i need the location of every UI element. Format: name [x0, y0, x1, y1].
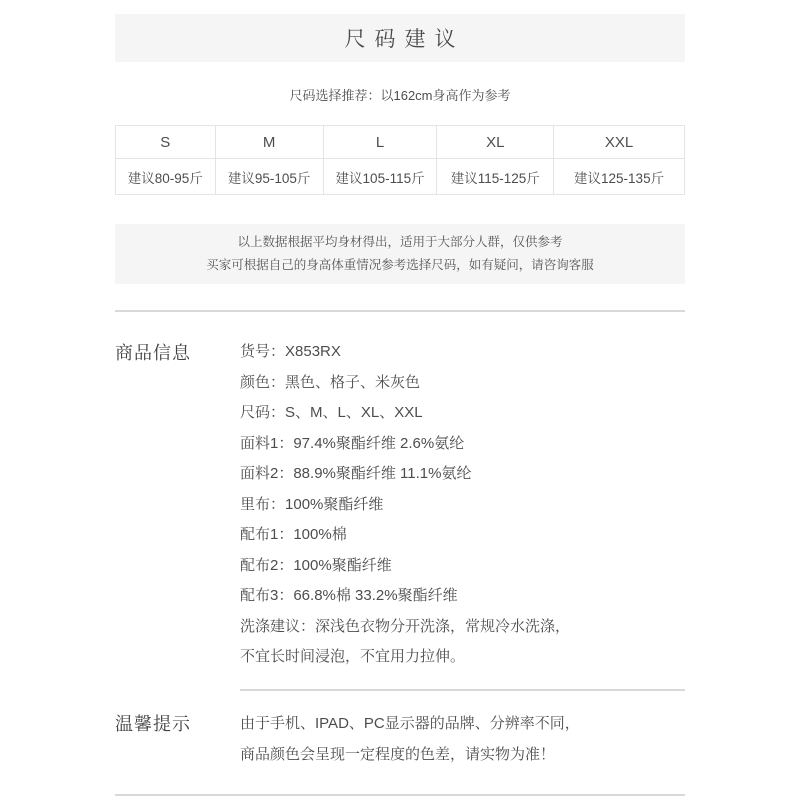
- info-row-label: 里布：: [240, 496, 285, 513]
- tips-section: 温馨提示 由于手机、IPAD、PC显示器的品牌、分辨率不同， 商品颜色会呈现一定…: [115, 708, 685, 770]
- size-column-header: S: [116, 126, 216, 159]
- size-column-header: M: [215, 126, 323, 159]
- info-row-value: 黑色、格子、米灰色: [285, 374, 420, 391]
- product-info-details: 货号：X853RX 颜色：黑色、格子、米灰色 尺码：S、M、L、XL、XXL 面…: [240, 337, 685, 673]
- product-info-section: 商品信息 货号：X853RX 颜色：黑色、格子、米灰色 尺码：S、M、L、XL、…: [115, 337, 685, 673]
- info-row-label: 颜色：: [240, 374, 285, 391]
- product-info-heading: 商品信息: [115, 337, 240, 365]
- info-row-label: 配布1：: [240, 526, 293, 543]
- section-divider: [115, 794, 685, 796]
- info-row-label: 货号：: [240, 343, 285, 360]
- product-info-row: 颜色：黑色、格子、米灰色: [240, 368, 685, 399]
- info-row-label: 尺码：: [240, 404, 285, 421]
- tips-line: 商品颜色会呈现一定程度的色差，请实物为准！: [240, 739, 685, 770]
- size-recommendation-cell: 建议95-105斤: [215, 159, 323, 195]
- product-info-row: 面料1：97.4%聚酯纤维 2.6%氨纶: [240, 429, 685, 460]
- info-row-value: S、M、L、XL、XXL: [285, 404, 423, 421]
- size-notice-line: 以上数据根据平均身材得出，适用于大部分人群，仅供参考: [237, 231, 562, 254]
- info-row-value: 88.9%聚酯纤维 11.1%氨纶: [293, 465, 471, 482]
- info-row-value: 100%棉: [293, 526, 346, 543]
- tips-line: 由于手机、IPAD、PC显示器的品牌、分辨率不同，: [240, 708, 685, 739]
- product-info-row: 货号：X853RX: [240, 337, 685, 368]
- size-recommendation-cell: 建议80-95斤: [116, 159, 216, 195]
- info-row-label: 面料1：: [240, 435, 293, 452]
- size-table: S M L XL XXL 建议80-95斤 建议95-105斤 建议105-11…: [115, 125, 685, 195]
- tips-details: 由于手机、IPAD、PC显示器的品牌、分辨率不同， 商品颜色会呈现一定程度的色差…: [240, 708, 685, 770]
- product-info-row: 尺码：S、M、L、XL、XXL: [240, 398, 685, 429]
- size-column-header: XL: [437, 126, 554, 159]
- product-info-row: 面料2：88.9%聚酯纤维 11.1%氨纶: [240, 459, 685, 490]
- product-detail-page: 尺码建议 尺码选择推荐：以162cm身高作为参考 S M L XL XXL 建议…: [115, 0, 685, 796]
- info-row-value: 100%聚酯纤维: [285, 496, 383, 513]
- info-row-label: 面料2：: [240, 465, 293, 482]
- info-row-value: 97.4%聚酯纤维 2.6%氨纶: [293, 435, 464, 452]
- size-recommendation-cell: 建议115-125斤: [437, 159, 554, 195]
- product-info-row: 不宜长时间浸泡，不宜用力拉伸。: [240, 642, 685, 673]
- size-notice-line: 买家可根据自己的身高体重情况参考选择尺码，如有疑问，请咨询客服: [206, 254, 594, 277]
- size-notice-box: 以上数据根据平均身材得出，适用于大部分人群，仅供参考 买家可根据自己的身高体重情…: [115, 224, 685, 284]
- info-row-value: 100%聚酯纤维: [293, 557, 391, 574]
- size-recommendation-cell: 建议105-115斤: [323, 159, 437, 195]
- info-row-value: X853RX: [285, 343, 341, 360]
- section-divider: [115, 310, 685, 312]
- info-row-value: 66.8%棉 33.2%聚酯纤维: [293, 587, 457, 604]
- page-title: 尺码建议: [336, 23, 465, 53]
- size-table-recommendation-row: 建议80-95斤 建议95-105斤 建议105-115斤 建议115-125斤…: [116, 159, 685, 195]
- product-info-row: 洗涤建议：深浅色衣物分开洗涤，常规冷水洗涤，: [240, 612, 685, 643]
- size-guide-subtitle: 尺码选择推荐：以162cm身高作为参考: [115, 85, 685, 104]
- product-info-row: 里布：100%聚酯纤维: [240, 490, 685, 521]
- product-info-row: 配布3：66.8%棉 33.2%聚酯纤维: [240, 581, 685, 612]
- info-row-value: 不宜长时间浸泡，不宜用力拉伸。: [240, 648, 465, 665]
- product-info-row: 配布1：100%棉: [240, 520, 685, 551]
- tips-heading: 温馨提示: [115, 708, 240, 736]
- info-row-label: 配布2：: [240, 557, 293, 574]
- info-row-label: 洗涤建议：: [240, 618, 315, 635]
- size-column-header: L: [323, 126, 437, 159]
- size-recommendation-cell: 建议125-135斤: [554, 159, 685, 195]
- section-divider: [240, 689, 685, 691]
- size-table-header-row: S M L XL XXL: [116, 126, 685, 159]
- info-row-value: 深浅色衣物分开洗涤，常规冷水洗涤，: [315, 618, 570, 635]
- size-column-header: XXL: [554, 126, 685, 159]
- product-info-row: 配布2：100%聚酯纤维: [240, 551, 685, 582]
- info-row-label: 配布3：: [240, 587, 293, 604]
- size-guide-title-band: 尺码建议: [115, 14, 685, 62]
